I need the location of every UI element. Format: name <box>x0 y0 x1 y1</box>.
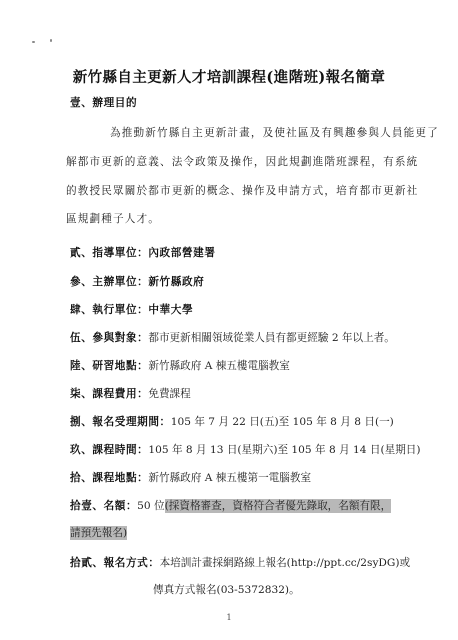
item-registration-method-continued: 傳真方式報名(03-5372832)。 <box>153 583 300 597</box>
item-participants: 伍、參與對象：都市更新相關領域從業人員有都更經驗 2 年以上者。 <box>70 331 395 345</box>
item-value: 中華大學 <box>148 304 193 316</box>
item-value: 105 年 7 月 22 日(五)至 105 年 8 月 8 日(一) <box>171 416 394 428</box>
purpose-paragraph-line: 解都市更新的意義、法令政策及操作，因此規劃進階班課程，有系統 <box>66 155 418 169</box>
scan-speck <box>50 39 52 42</box>
document-page: 新竹縣自主更新人才培訓課程(進階班)報名簡章 壹、辦理目的 為推動新竹縣自主更新… <box>0 0 458 640</box>
item-organizer: 參、主辦單位：新竹縣政府 <box>70 275 204 289</box>
item-label: 陸、研習地點： <box>70 360 148 372</box>
item-quota-continued: 請預先報名) <box>70 526 127 540</box>
highlighted-note: 請預先報名) <box>70 526 127 540</box>
section-heading-purpose: 壹、辦理目的 <box>70 96 137 110</box>
item-label: 參、主辦單位： <box>70 276 148 288</box>
item-value: 免費課程 <box>148 388 190 400</box>
scan-specks <box>32 38 72 44</box>
item-label: 玖、課程時間： <box>70 444 148 456</box>
item-registration-period: 捌、報名受理期間：105 年 7 月 22 日(五)至 105 年 8 月 8 … <box>70 415 394 429</box>
item-course-location: 拾、課程地點：新竹縣政府 A 棟五樓第一電腦教室 <box>70 471 311 485</box>
page-number: 1 <box>0 613 458 622</box>
item-label: 拾壹、名額： <box>70 500 137 512</box>
purpose-paragraph-line: 為推動新竹縣自主更新計畫，及使社區及有興趣參與人員能更了 <box>66 126 439 140</box>
item-training-venue: 陸、研習地點：新竹縣政府 A 棟五樓電腦教室 <box>70 359 290 373</box>
item-value: 新竹縣政府 <box>148 276 204 288</box>
item-course-time: 玖、課程時間：105 年 8 月 13 日(星期六)至 105 年 8 月 14… <box>70 443 421 457</box>
item-value: 50 位 <box>137 500 164 512</box>
item-value: 本培訓計畫採網路線上報名(http://ppt.cc/2syDG)或 <box>160 557 411 569</box>
item-value: 內政部營建署 <box>148 247 215 259</box>
purpose-paragraph-line: 的教授民眾關於都市更新的概念、操作及申請方式，培育都市更新社 <box>66 184 418 198</box>
item-registration-method: 拾貳、報名方式：本培訓計畫採網路線上報名(http://ppt.cc/2syDG… <box>70 556 410 570</box>
item-value: 新竹縣政府 A 棟五樓第一電腦教室 <box>148 472 311 484</box>
document-title: 新竹縣自主更新人才培訓課程(進階班)報名簡章 <box>0 66 458 87</box>
item-label: 肆、執行單位： <box>70 304 148 316</box>
purpose-paragraph-line: 區規劃種子人才。 <box>66 212 160 226</box>
item-course-fee: 柒、課程費用：免費課程 <box>70 387 191 401</box>
highlighted-note: (採資格審查，資格符合者優先錄取，名額有限， <box>165 499 392 513</box>
item-guiding-unit: 貳、指導單位：內政部營建署 <box>70 246 216 260</box>
item-value: 新竹縣政府 A 棟五樓電腦教室 <box>148 360 290 372</box>
item-value: 105 年 8 月 13 日(星期六)至 105 年 8 月 14 日(星期日) <box>148 444 420 456</box>
item-label: 柒、課程費用： <box>70 388 148 400</box>
item-value: 都市更新相關領域從業人員有都更經驗 2 年以上者。 <box>148 332 395 344</box>
item-label: 捌、報名受理期間： <box>70 416 171 428</box>
item-label: 拾貳、報名方式： <box>70 557 160 569</box>
item-label: 伍、參與對象： <box>70 332 148 344</box>
item-label: 拾、課程地點： <box>70 472 148 484</box>
scan-speck <box>32 41 35 43</box>
item-quota: 拾壹、名額：50 位(採資格審查，資格符合者優先錄取，名額有限， <box>70 499 391 513</box>
item-label: 貳、指導單位： <box>70 247 148 259</box>
item-executing-unit: 肆、執行單位：中華大學 <box>70 303 193 317</box>
